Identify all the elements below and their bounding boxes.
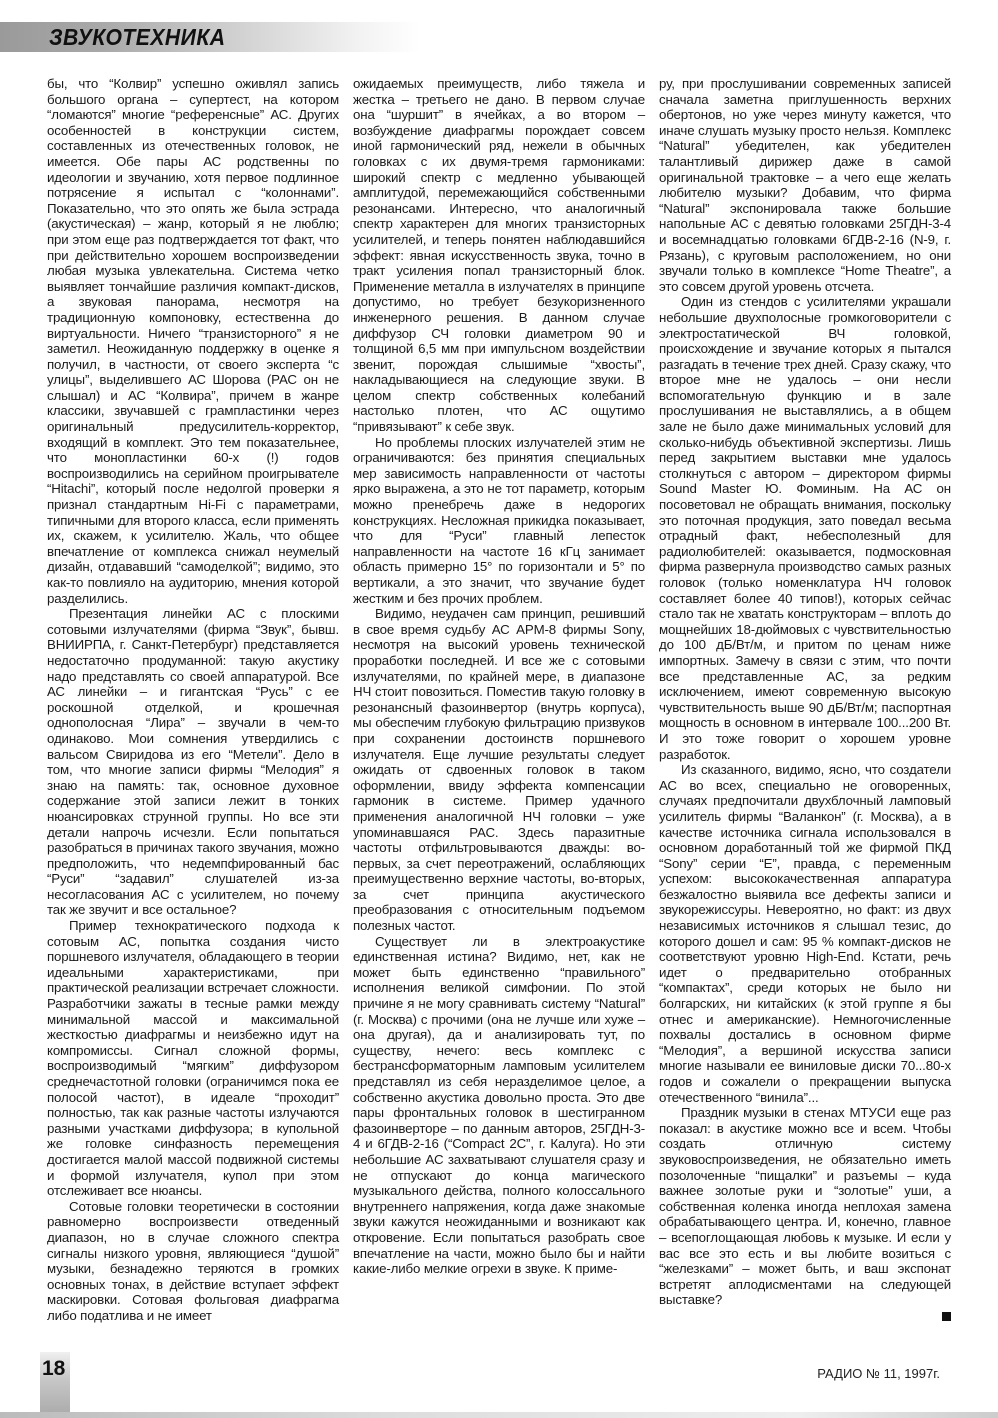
column-2: ожидаемых преимуществ, либо тяжела и жес… — [353, 76, 645, 1326]
paragraph: ожидаемых преимуществ, либо тяжела и жес… — [353, 76, 645, 435]
paragraph: Существует ли в электроакустике единстве… — [353, 934, 645, 1277]
end-of-article-square-icon — [942, 1312, 951, 1321]
column-1: бы, что “Колвир” успешно оживлял запись … — [47, 76, 339, 1326]
paragraph: Но проблемы плоских излучателей этим не … — [353, 435, 645, 607]
section-title: ЗВУКОТЕХНИКА — [49, 24, 226, 51]
paragraph: Сотовые головки теоретически в состоянии… — [47, 1199, 339, 1324]
paragraph: Один из стендов с усилителями украшали н… — [659, 294, 951, 762]
column-3: ру, при прослушивании современных записе… — [659, 76, 951, 1326]
paragraph: Видимо, неудачен сам принцип, решивший в… — [353, 606, 645, 933]
footer-rule — [0, 1412, 998, 1418]
paragraph: Праздник музыки в стенах МТУСИ еще раз п… — [659, 1105, 951, 1308]
paragraph: ру, при прослушивании современных записе… — [659, 76, 951, 294]
journal-issue: РАДИО № 11, 1997г. — [817, 1366, 940, 1381]
paragraph: Пример технократического подхода к сотов… — [47, 918, 339, 1199]
paragraph: Из сказанного, видимо, ясно, что создате… — [659, 762, 951, 1105]
article-body: бы, что “Колвир” успешно оживлял запись … — [47, 76, 951, 1326]
page-number: 18 — [42, 1357, 65, 1381]
paragraph: Презентация линейки АС с плоскими сотовы… — [47, 606, 339, 918]
paragraph: бы, что “Колвир” успешно оживлял запись … — [47, 76, 339, 606]
